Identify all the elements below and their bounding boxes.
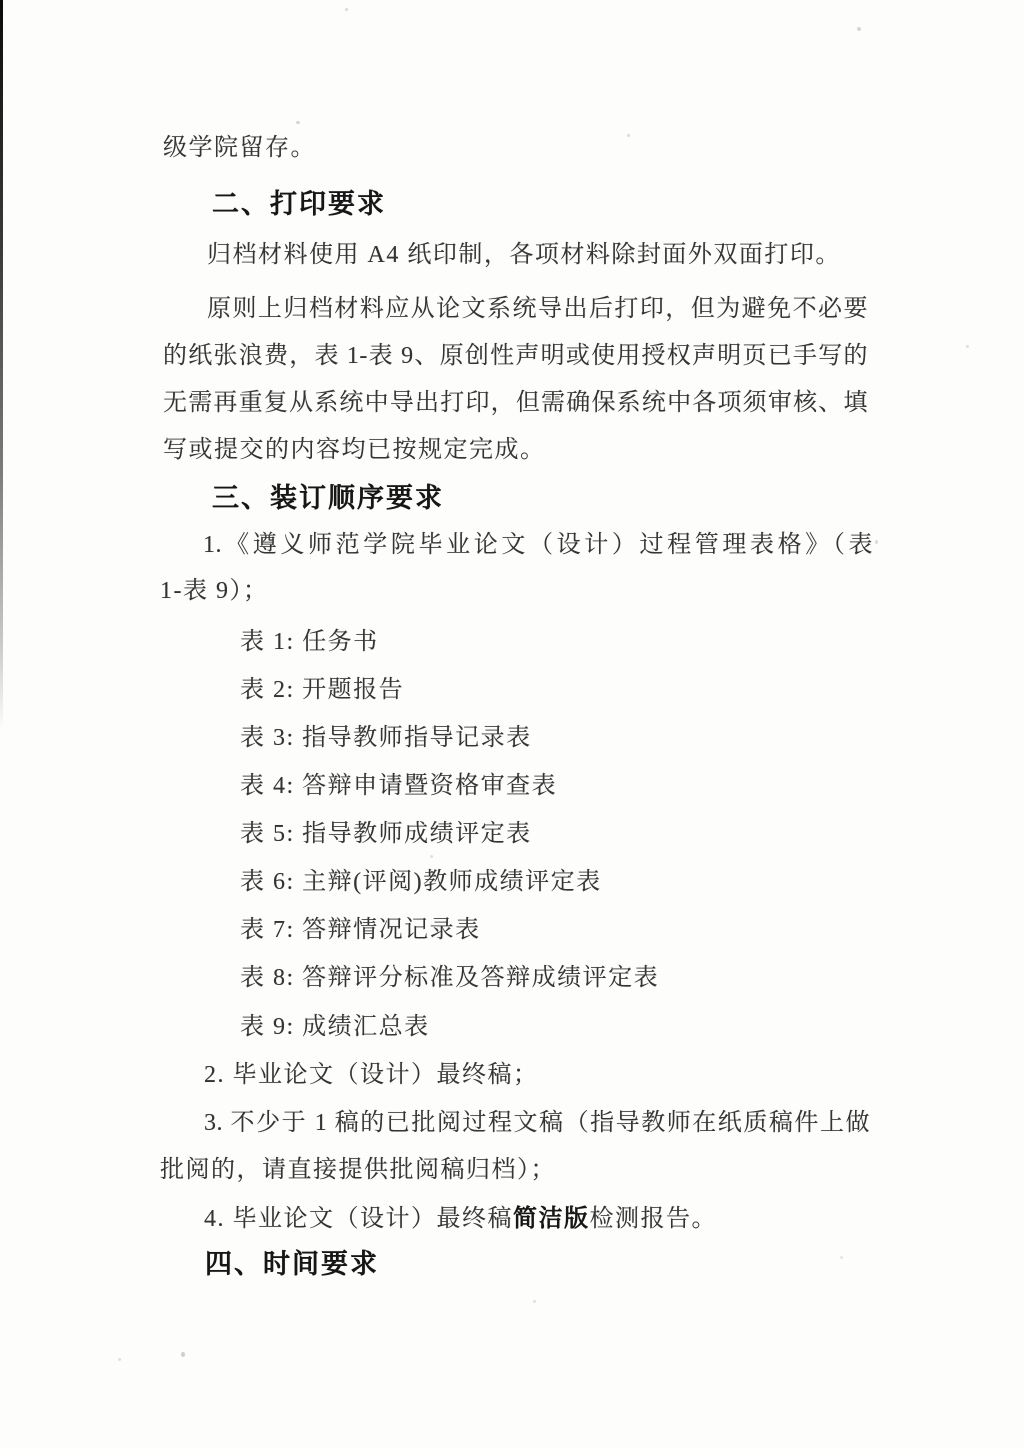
binding-item2: 2. 毕业论文（设计）最终稿； [204, 1054, 539, 1089]
binding-item1-line2: 1-表 9）； [160, 570, 269, 605]
scan-speck [181, 1352, 185, 1357]
binding-item4: 4. 毕业论文（设计）最终稿简洁版检测报告。 [204, 1198, 717, 1233]
scan-speck [875, 540, 878, 544]
print-para2-line3: 无需再重复从系统中导出打印，但需确保系统中各项须审核、填 [163, 382, 868, 417]
print-para2-line4: 写或提交的内容均已按规定完成。 [163, 429, 546, 464]
binding-item4-emphasis: 简洁版 [513, 1205, 590, 1232]
table-item-3: 表 3: 指导教师指导记录表 [240, 717, 532, 752]
scan-speck [432, 726, 436, 729]
section-heading-binding: 三、装订顺序要求 [212, 476, 444, 515]
binding-item4-prefix: 4. 毕业论文（设计）最终稿 [204, 1206, 513, 1232]
section-heading-print: 二、打印要求 [212, 182, 386, 221]
table-item-6: 表 6: 主辩(评阅)教师成绩评定表 [240, 861, 602, 896]
scan-speck [296, 121, 300, 124]
binding-item3-line1: 3. 不少于 1 稿的已批阅过程文稿（指导教师在纸质稿件上做 [204, 1102, 870, 1137]
table-item-9: 表 9: 成绩汇总表 [240, 1006, 430, 1041]
scan-speck [627, 134, 630, 137]
scan-speck [118, 1358, 121, 1361]
section-heading-time: 四、时间要求 [205, 1242, 379, 1281]
table-item-5: 表 5: 指导教师成绩评定表 [240, 813, 532, 848]
scan-speck [345, 8, 348, 11]
binding-item3-line2: 批阅的，请直接提供批阅稿归档）； [160, 1149, 556, 1184]
binding-item4-suffix: 检测报告。 [590, 1206, 718, 1232]
table-item-2: 表 2: 开题报告 [240, 669, 404, 704]
scan-speck [533, 1300, 536, 1303]
scanned-document-page: 级学院留存。 二、打印要求 归档材料使用 A4 纸印制，各项材料除封面外双面打印… [0, 0, 1024, 1448]
print-para2-line1: 原则上归档材料应从论文系统导出后打印，但为避免不必要 [207, 288, 868, 323]
scan-speck [966, 345, 969, 348]
print-para1: 归档材料使用 A4 纸印制，各项材料除封面外双面打印。 [207, 234, 841, 269]
table-item-4: 表 4: 答辩申请暨资格审查表 [240, 765, 557, 800]
scan-edge-artifact [0, 0, 3, 730]
binding-item1-line1: 1.《遵义师范学院毕业论文（设计）过程管理表格》（表 [203, 524, 873, 559]
intro-line: 级学院留存。 [163, 127, 316, 162]
print-para2-line2: 的纸张浪费，表 1-表 9、原创性声明或使用授权声明页已手写的 [163, 335, 868, 370]
table-item-8: 表 8: 答辩评分标准及答辩成绩评定表 [240, 957, 659, 992]
scan-speck [857, 27, 861, 31]
table-item-1: 表 1: 任务书 [240, 621, 379, 656]
table-item-7: 表 7: 答辩情况记录表 [240, 909, 481, 944]
scan-speck [840, 1256, 843, 1259]
scan-speck [430, 855, 433, 858]
